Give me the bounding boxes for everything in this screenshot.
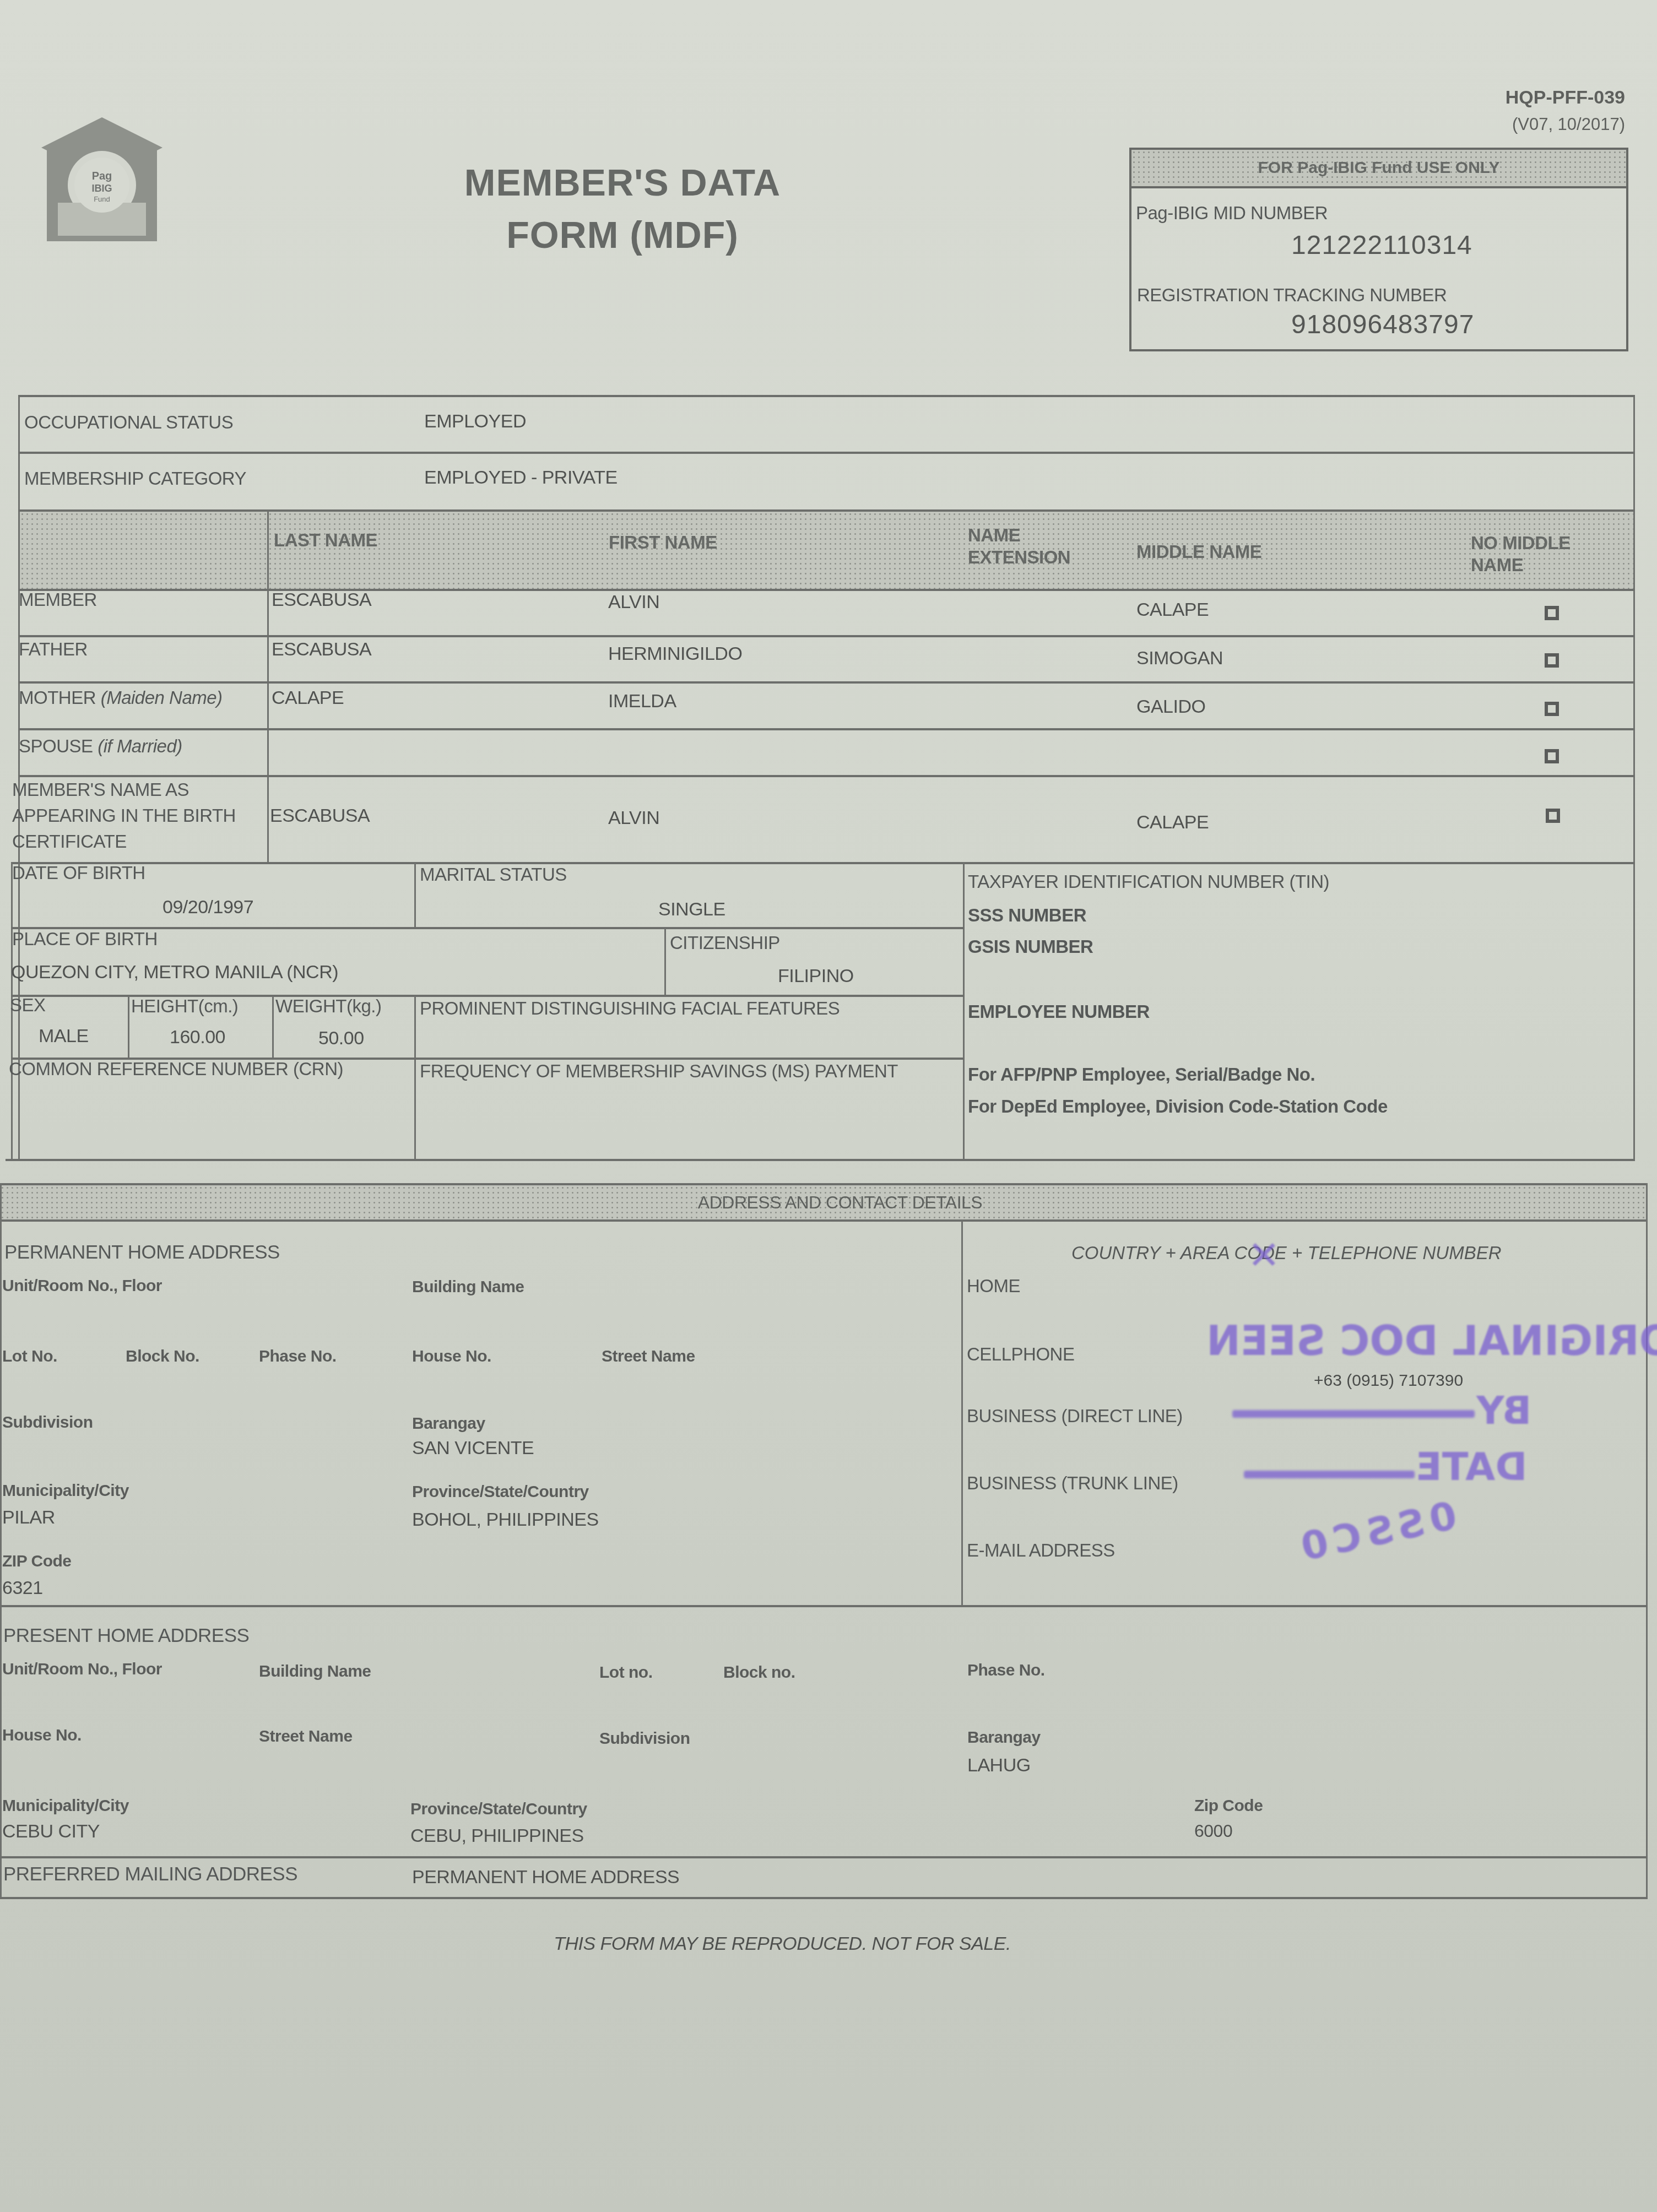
marital-status-label: MARITAL STATUS [420, 864, 567, 885]
dob-label: DATE OF BIRTH [12, 863, 145, 883]
stamp-date-text: DATE [1416, 1444, 1527, 1489]
stamp-by-text: BY [1476, 1388, 1531, 1433]
perm-lot-label: Lot No. [2, 1347, 57, 1366]
marital-status-value[interactable]: SINGLE [658, 899, 725, 920]
row-birth-cert-label: MEMBER'S NAME AS APPEARING IN THE BIRTH … [12, 777, 254, 854]
perm-barangay-value[interactable]: SAN VICENTE [412, 1438, 534, 1459]
pres-province-value[interactable]: CEBU, PHILIPPINES [410, 1825, 584, 1847]
mailing-address-label: PREFERRED MAILING ADDRESS [3, 1863, 297, 1885]
permanent-address-title: PERMANENT HOME ADDRESS [4, 1241, 280, 1264]
pob-value[interactable]: QUEZON CITY, METRO MANILA (NCR) [11, 962, 338, 983]
tin-label: TAXPAYER IDENTIFICATION NUMBER (TIN) [968, 871, 1329, 892]
facial-features-field[interactable] [419, 1022, 959, 1055]
sex-label: SEX [10, 995, 46, 1016]
stamp-by-line [1232, 1410, 1475, 1418]
cellphone-label: CELLPHONE [967, 1344, 1074, 1365]
pres-house-label: House No. [2, 1726, 82, 1745]
row-spouse-label: SPOUSE (if Married) [19, 736, 182, 757]
facial-features-label: PROMINENT DISTINGUISHING FACIAL FEATURES [420, 998, 840, 1019]
home-phone-label: HOME [967, 1276, 1020, 1297]
svg-text:Pag: Pag [92, 170, 112, 182]
pres-lot-label: Lot no. [599, 1663, 652, 1682]
mother-middle-name[interactable]: GALIDO [1136, 696, 1205, 718]
ms-frequency-field[interactable] [419, 1088, 959, 1154]
address-section-header: ADDRESS AND CONTACT DETAILS [0, 1185, 1647, 1219]
spouse-label-note: (if Married) [98, 736, 182, 756]
fund-use-header: FOR Pag-IBIG Fund USE ONLY [1131, 150, 1626, 188]
mid-number-label: Pag-IBIG MID NUMBER [1136, 203, 1328, 224]
pres-building-label: Building Name [259, 1662, 371, 1681]
perm-zip-value[interactable]: 6321 [2, 1577, 43, 1599]
pres-province-label: Province/State/Country [410, 1800, 587, 1819]
birthcert-first-name[interactable]: ALVIN [608, 807, 659, 829]
perm-building-label: Building Name [412, 1278, 524, 1297]
svg-text:Fund: Fund [94, 195, 110, 203]
sss-label: SSS NUMBER [968, 905, 1086, 926]
father-no-middle-checkbox[interactable] [1545, 653, 1559, 668]
col-first-name: FIRST NAME [609, 532, 717, 553]
mother-first-name[interactable]: IMELDA [608, 691, 676, 712]
father-middle-name[interactable]: SIMOGAN [1136, 648, 1223, 669]
svg-text:IBIG: IBIG [91, 183, 112, 194]
business-trunk-label: BUSINESS (TRUNK LINE) [967, 1473, 1178, 1494]
citizenship-value[interactable]: FILIPINO [778, 966, 854, 987]
mailing-address-value[interactable]: PERMANENT HOME ADDRESS [412, 1867, 679, 1888]
pres-barangay-value[interactable]: LAHUG [967, 1755, 1031, 1776]
pres-city-label: Municipality/City [2, 1797, 129, 1815]
perm-province-label: Province/State/Country [412, 1483, 589, 1501]
sex-value[interactable]: MALE [39, 1026, 89, 1047]
pob-label: PLACE OF BIRTH [12, 929, 158, 950]
birthcert-last-name[interactable]: ESCABUSA [270, 805, 370, 827]
col-name-extension: NAME EXTENSION [968, 524, 1089, 568]
birthcert-middle-name[interactable]: CALAPE [1136, 812, 1209, 833]
perm-barangay-label: Barangay [412, 1414, 485, 1433]
occupational-status-value[interactable]: EMPLOYED [424, 411, 526, 432]
pres-zip-label: Zip Code [1194, 1797, 1263, 1815]
stamp-code-text: 0SSC0 [1292, 1493, 1461, 1571]
cellphone-value[interactable]: +63 (0915) 7107390 [1314, 1371, 1463, 1390]
original-doc-seen-stamp: ORIGINAL DOC SEEN [1206, 1318, 1657, 1365]
stamp-top-marks: ✕ [1248, 1233, 1280, 1278]
membership-category-label: MEMBERSHIP CATEGORY [24, 468, 246, 489]
row-father-label: FATHER [19, 639, 88, 660]
form-version: (V07, 10/2017) [1512, 115, 1625, 134]
father-last-name[interactable]: ESCABUSA [272, 639, 371, 660]
present-address-title: PRESENT HOME ADDRESS [3, 1625, 249, 1647]
pres-barangay-label: Barangay [967, 1728, 1041, 1747]
mother-no-middle-checkbox[interactable] [1545, 702, 1559, 716]
employee-number-label: EMPLOYEE NUMBER [968, 1001, 1150, 1022]
pres-zip-value[interactable]: 6000 [1194, 1821, 1232, 1841]
pres-subdivision-label: Subdivision [599, 1730, 690, 1748]
fund-use-title: FOR Pag-IBIG Fund USE ONLY [1131, 150, 1626, 186]
gsis-label: GSIS NUMBER [968, 936, 1093, 957]
pres-city-value[interactable]: CEBU CITY [2, 1821, 100, 1842]
member-last-name[interactable]: ESCABUSA [272, 589, 371, 611]
stamp-date-line [1244, 1471, 1415, 1478]
perm-city-value[interactable]: PILAR [2, 1507, 55, 1528]
form-code: HQP-PFF-039 [1506, 87, 1625, 109]
deped-label: For DepEd Employee, Division Code-Statio… [968, 1096, 1388, 1117]
perm-province-value[interactable]: BOHOL, PHILIPPINES [412, 1509, 599, 1531]
spouse-no-middle-checkbox[interactable] [1545, 749, 1559, 763]
birthcert-no-middle-checkbox[interactable] [1546, 809, 1560, 823]
afp-pnp-label: For AFP/PNP Employee, Serial/Badge No. [968, 1064, 1315, 1085]
perm-city-label: Municipality/City [2, 1482, 129, 1500]
father-first-name[interactable]: HERMINIGILDO [608, 643, 742, 665]
crn-label: COMMON REFERENCE NUMBER (CRN) [9, 1059, 343, 1080]
mother-label-note: (Maiden Name) [101, 687, 223, 708]
form-title-line2: FORM (MDF) [386, 209, 859, 262]
col-last-name: LAST NAME [274, 530, 377, 551]
rtn-label: REGISTRATION TRACKING NUMBER [1137, 285, 1447, 306]
row-mother-label: MOTHER (Maiden Name) [19, 687, 223, 708]
pag-ibig-house-logo-icon: Pag IBIG Fund [39, 115, 165, 247]
mother-label-text: MOTHER [19, 687, 96, 708]
spouse-label-text: SPOUSE [19, 736, 93, 756]
perm-house-label: House No. [412, 1347, 491, 1366]
col-middle-name: MIDDLE NAME [1136, 541, 1261, 562]
perm-subdivision-label: Subdivision [2, 1413, 93, 1432]
address-section-title: ADDRESS AND CONTACT DETAILS [0, 1185, 1647, 1219]
mid-number-value: 121222110314 [1291, 230, 1472, 261]
member-middle-name[interactable]: CALAPE [1136, 599, 1209, 621]
perm-phase-label: Phase No. [259, 1347, 337, 1366]
member-first-name[interactable]: ALVIN [608, 592, 659, 613]
email-label: E-MAIL ADDRESS [967, 1540, 1115, 1561]
occupational-status-label: OCCUPATIONAL STATUS [24, 412, 233, 433]
member-no-middle-checkbox[interactable] [1545, 606, 1559, 620]
rtn-value: 918096483797 [1291, 310, 1474, 340]
perm-block-label: Block No. [126, 1347, 199, 1366]
perm-zip-label: ZIP Code [2, 1552, 71, 1571]
names-header-row [20, 512, 1633, 589]
business-direct-label: BUSINESS (DIRECT LINE) [967, 1406, 1183, 1427]
height-label: HEIGHT(cm.) [131, 996, 238, 1017]
form-title: MEMBER'S DATA FORM (MDF) [386, 157, 859, 262]
citizenship-label: CITIZENSHIP [670, 932, 780, 953]
pres-block-label: Block no. [723, 1663, 795, 1682]
membership-category-value[interactable]: EMPLOYED - PRIVATE [424, 467, 618, 489]
height-value[interactable]: 160.00 [170, 1027, 225, 1048]
perm-street-label: Street Name [602, 1347, 695, 1366]
col-no-middle-name: NO MIDDLE NAME [1471, 532, 1581, 576]
row-member-label: MEMBER [19, 589, 97, 610]
crn-field[interactable] [13, 1088, 410, 1154]
perm-unit-label: Unit/Room No., Floor [2, 1277, 162, 1295]
footer-note: THIS FORM MAY BE REPRODUCED. NOT FOR SAL… [0, 1933, 1564, 1955]
fund-use-box: FOR Pag-IBIG Fund USE ONLY Pag-IBIG MID … [1129, 148, 1628, 351]
pres-street-label: Street Name [259, 1727, 353, 1746]
weight-label: WEIGHT(kg.) [275, 996, 381, 1017]
pres-unit-label: Unit/Room No., Floor [2, 1660, 162, 1679]
weight-value[interactable]: 50.00 [318, 1028, 364, 1049]
pres-phase-label: Phase No. [967, 1661, 1045, 1680]
dob-value[interactable]: 09/20/1997 [163, 897, 253, 918]
mother-last-name[interactable]: CALAPE [272, 687, 344, 709]
ms-frequency-label: FREQUENCY OF MEMBERSHIP SAVINGS (MS) PAY… [420, 1061, 898, 1082]
form-title-line1: MEMBER'S DATA [386, 157, 859, 209]
contact-header: COUNTRY + AREA CODE + TELEPHONE NUMBER [1071, 1243, 1502, 1264]
